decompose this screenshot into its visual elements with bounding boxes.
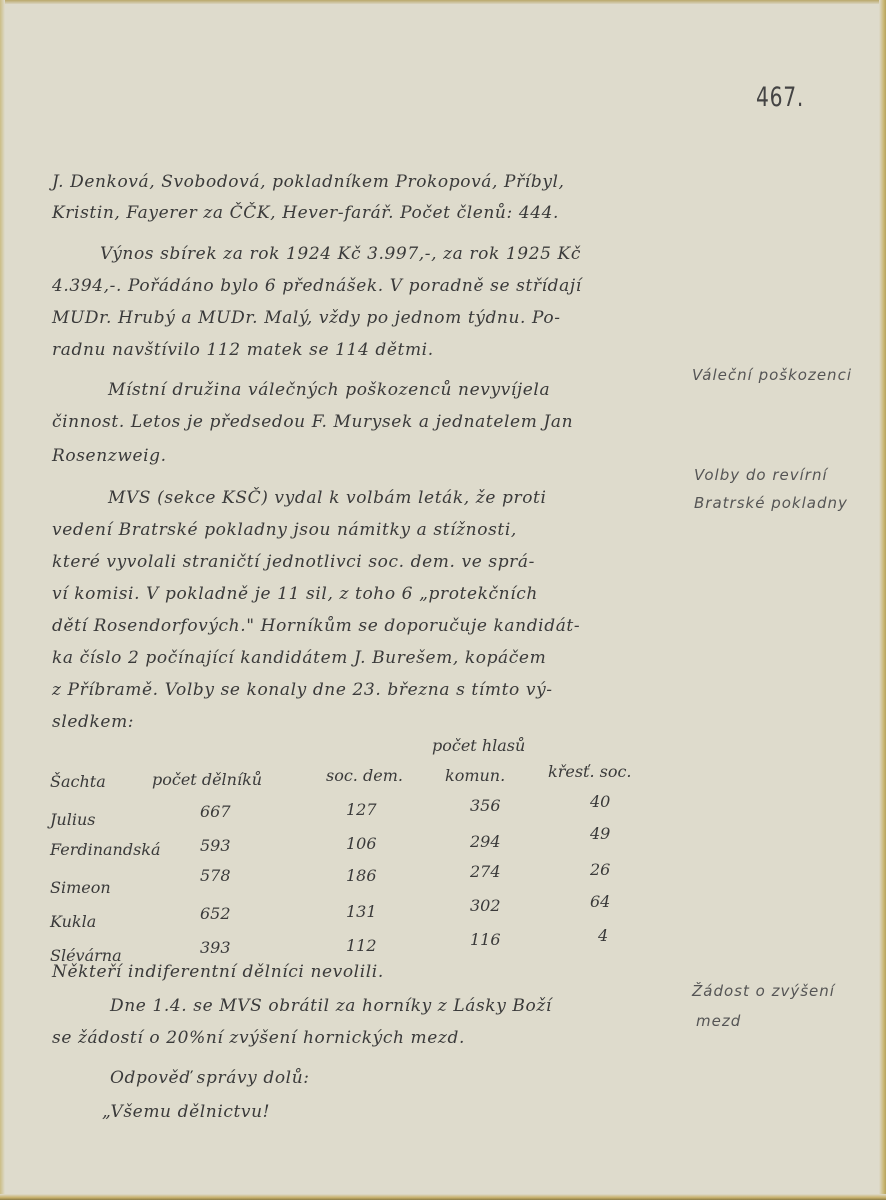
text-line: které vyvolali straničtí jednotlivci soc… (52, 552, 535, 572)
text-line: dětí Rosendorfových." Horníkům se doporu… (52, 616, 580, 636)
table-cell: 64 (590, 892, 610, 911)
text-line: radnu navštívilo 112 matek se 114 dětmi. (52, 340, 434, 360)
table-cell: 112 (346, 936, 377, 955)
table-header-cell: soc. dem. (326, 766, 403, 785)
margin-note-wage-request: Žádost o zvýšení (692, 982, 835, 1000)
table-cell: 578 (200, 866, 231, 885)
text-line: z Příbramě. Volby se konaly dne 23. břez… (52, 680, 553, 700)
text-line: činnost. Letos je předsedou F. Murysek a… (52, 412, 573, 432)
table-cell: 4 (598, 926, 608, 945)
text-line: Kristin, Fayerer za ČČK, Hever-farář. Po… (52, 203, 559, 223)
page-edge-top (0, 0, 886, 4)
text-line: se žádostí o 20%ní zvýšení hornických me… (52, 1028, 465, 1048)
text-line: 4.394,-. Pořádáno bylo 6 přednášek. V po… (52, 276, 582, 296)
text-line: Dne 1.4. se MVS obrátil za horníky z Lás… (110, 996, 552, 1016)
table-cell: 274 (470, 862, 501, 881)
table-header-cell: komun. (445, 766, 505, 785)
text-line: Výnos sbírek za rok 1924 Kč 3.997,-, za … (100, 244, 581, 264)
text-line: Rosenzweig. (52, 446, 167, 466)
margin-note-war-damaged: Váleční poškozenci (692, 366, 852, 384)
text-line: Někteří indiferentní dělníci nevolili. (52, 962, 384, 982)
table-cell: 393 (200, 938, 231, 957)
table-cell: 40 (590, 792, 610, 811)
table-header-cell: počet dělníků (152, 770, 262, 789)
text-line: Místní družina válečných poškozenců nevy… (108, 380, 550, 400)
table-cell-shaft: Kukla (50, 912, 96, 931)
table-cell: 49 (590, 824, 610, 843)
text-line: MUDr. Hrubý a MUDr. Malý, vždy po jednom… (52, 308, 561, 328)
margin-note-elections: Volby do revírní (694, 466, 828, 484)
text-line: MVS (sekce KSČ) vydal k volbám leták, že… (108, 488, 547, 508)
page-edge-right (879, 0, 886, 1200)
table-cell: 356 (470, 796, 501, 815)
table-cell: 667 (200, 802, 231, 821)
text-line: ví komisi. V pokladně je 11 sil, z toho … (52, 584, 538, 604)
text-line: sledkem: (52, 712, 134, 732)
table-group-header: počet hlasů (432, 736, 525, 755)
table-cell: 131 (346, 902, 377, 921)
table-cell: 186 (346, 866, 377, 885)
text-line: J. Denková, Svobodová, pokladníkem Proko… (52, 172, 565, 192)
table-cell: 593 (200, 836, 231, 855)
margin-note-elections-2: Bratrské pokladny (694, 494, 848, 512)
table-cell-shaft: Ferdinandská (50, 840, 161, 859)
table-cell: 652 (200, 904, 231, 923)
table-cell: 116 (470, 930, 501, 949)
margin-note-wage-request-2: mezd (696, 1012, 741, 1030)
text-line: Odpověď správy dolů: (110, 1068, 310, 1088)
page-edge-left (0, 0, 5, 1200)
table-cell-shaft: Julius (50, 810, 95, 829)
text-line: vedení Bratrské pokladny jsou námitky a … (52, 520, 517, 540)
table-cell: 294 (470, 832, 501, 851)
page-number: 467. (756, 82, 804, 113)
text-line: ka číslo 2 počínající kandidátem J. Bure… (52, 648, 546, 668)
table-cell: 302 (470, 896, 501, 915)
table-cell: 26 (590, 860, 610, 879)
table-header-cell: křesť. soc. (548, 762, 632, 781)
page-edge-bottom (0, 1194, 886, 1200)
table-cell-shaft: Simeon (50, 878, 111, 897)
table-header-cell: Šachta (50, 772, 106, 791)
chronicle-page: 467. J. Denková, Svobodová, pokladníkem … (0, 0, 886, 1200)
table-cell: 127 (346, 800, 377, 819)
table-cell: 106 (346, 834, 377, 853)
text-line: „Všemu dělnictvu! (102, 1102, 270, 1122)
